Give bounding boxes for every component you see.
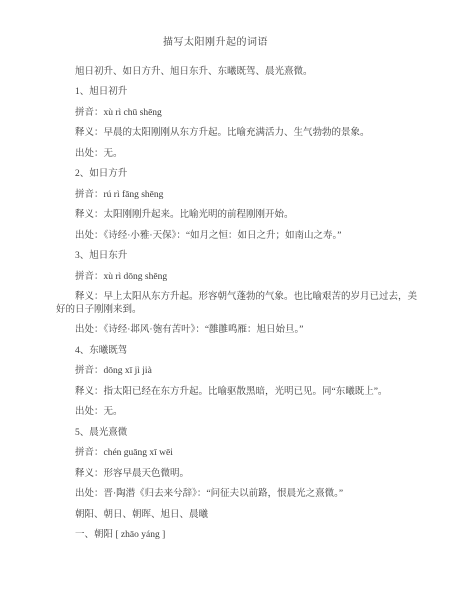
entry-meaning-line: 释义：形容早晨天色微明。	[56, 468, 420, 481]
page-title: 描写太阳刚升起的词语	[56, 37, 375, 50]
entry-section: 3、旭日东升 拼音：xù rì dōng shēng 释义：早上太阳从东方升起。…	[56, 250, 420, 337]
entry-pinyin-line: 拼音：rú rì fāng shēng	[56, 189, 420, 202]
entry-source-line: 出处：晋·陶潜《归去来兮辞》：“问征夫以前路，恨晨光之熹微。”	[56, 488, 420, 501]
entry-pinyin-line: 拼音：xù rì dōng shēng	[56, 271, 420, 284]
entry-section: 1、旭日初升 拼音：xù rì chū shēng 释义：早晨的太阳刚刚从东方升…	[56, 86, 420, 160]
entry-heading: 1、旭日初升	[56, 86, 420, 99]
synonyms-line: 朝阳、朝日、朝晖、旭日、晨曦	[56, 509, 420, 522]
entry-section: 4、东曦既驾 拼音：dōng xī jì jià 释义：指太阳已经在东方升起。比…	[56, 345, 420, 419]
entry-heading: 3、旭日东升	[56, 250, 420, 263]
document-page: 描写太阳刚升起的词语 旭日初升、如日方升、旭日东升、东曦既驾、晨光熹微。 1、旭…	[0, 0, 463, 600]
entry-heading: 2、如日方升	[56, 168, 420, 181]
entry-meaning-line: 释义：太阳刚刚升起来。比喻光明的前程刚刚开始。	[56, 209, 420, 222]
entry-source-line: 出处：《诗经·邶风·匏有苦叶》：“雝雝鸣雁：旭日始旦。”	[56, 324, 420, 337]
entry-pinyin-line: 拼音：dōng xī jì jià	[56, 365, 420, 378]
entry-meaning-line: 释义：指太阳已经在东方升起。比喻驱散黑暗，光明已见。同“东曦既上”。	[56, 386, 420, 399]
entry-meaning-line: 释义：早上太阳从东方升起。形容朝气蓬勃的气象。也比喻艰苦的岁月已过去，美好的日子…	[56, 291, 420, 316]
footer-entry-line: 一、朝阳 [ zhāo yáng ]	[56, 529, 420, 542]
entry-section: 5、晨光熹微 拼音：chén guāng xī wēi 释义：形容早晨天色微明。…	[56, 427, 420, 501]
entry-meaning-line: 释义：早晨的太阳刚刚从东方升起。比喻充满活力、生气勃勃的景象。	[56, 127, 420, 140]
entry-source-line: 出处：《诗经·小雅·天保》：“如月之恒：如日之升；如南山之寿。”	[56, 230, 420, 243]
entry-source-line: 出处：无。	[56, 148, 420, 161]
entry-pinyin-line: 拼音：chén guāng xī wēi	[56, 447, 420, 460]
entry-section: 2、如日方升 拼音：rú rì fāng shēng 释义：太阳刚刚升起来。比喻…	[56, 168, 420, 242]
entry-pinyin-line: 拼音：xù rì chū shēng	[56, 107, 420, 120]
entry-heading: 4、东曦既驾	[56, 345, 420, 358]
entry-source-line: 出处：无。	[56, 406, 420, 419]
entry-heading: 5、晨光熹微	[56, 427, 420, 440]
overview-line: 旭日初升、如日方升、旭日东升、东曦既驾、晨光熹微。	[56, 66, 420, 79]
